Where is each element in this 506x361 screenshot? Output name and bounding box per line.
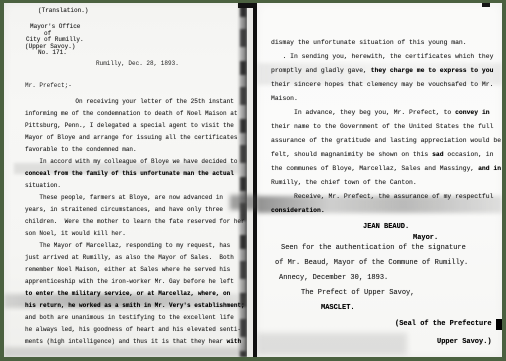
text-line: No. 171. [38, 49, 67, 56]
text-line: On receiving your letter of the 25th ins… [25, 96, 245, 108]
text-line: informing me of the condemnation to deat… [25, 108, 245, 120]
letter-page-left: (Translation.) Mayor's OfficeofCity of R… [4, 3, 247, 357]
text-line: son Noel, it would kill her. [25, 228, 245, 240]
letter-body-left: On receiving your letter of the 25th ins… [25, 96, 245, 348]
text-line: his return, he worked as a smith in Mr. … [25, 300, 245, 312]
text-line: remember Noel Maison, either at Sales wh… [25, 264, 245, 276]
text-line: Mayor. [413, 234, 438, 242]
text-line: The Mayor of Marcellaz, responding to my… [25, 240, 245, 252]
text-line: favorable to the condemned man. [25, 144, 245, 156]
text-line: (Seal of the Prefecture of [395, 320, 502, 328]
scan-smear [4, 347, 247, 357]
text-line: Seen for the authentication of the signa… [281, 244, 466, 252]
text-line: Receive, Mr. Prefect, the assurance of m… [271, 190, 501, 204]
text-line: dismay the unfortunate situation of this… [271, 36, 501, 50]
text-line: Mayor's Office [30, 23, 80, 30]
text-line: years, in straitened circumstances, and … [25, 204, 245, 216]
text-line: Maison. [271, 92, 501, 106]
text-line: children. Were the mother to learn the f… [25, 216, 245, 228]
scan-smear [257, 333, 407, 355]
salutation: Mr. Prefect;- [25, 82, 72, 89]
scan-artifact [482, 3, 490, 7]
text-line: . In sending you, herewith, the certific… [271, 50, 501, 64]
text-line: and both are unanimous in testifying to … [25, 312, 245, 324]
text-line: Upper Savoy.) [437, 338, 492, 346]
text-line: Rumilly, the chief town of the Canton. [271, 176, 501, 190]
text-line: assurance of the gratitude and lasting a… [271, 134, 501, 148]
text-line: ments (high intelligence) and thus it is… [25, 336, 245, 348]
letter-page-right: dismay the unfortunate situation of this… [257, 3, 502, 357]
text-line: apprenticeship with the iron-worker Mr. … [25, 276, 245, 288]
scan-artifact [238, 3, 259, 8]
dateline: Rumilly, Dec. 28, 1893. [96, 60, 179, 67]
translation-note: (Translation.) [38, 7, 88, 14]
text-line: situation. [25, 180, 245, 192]
text-line: Annecy, December 30, 1893. [279, 274, 388, 282]
text-line: to enter the military service, or at Mar… [25, 288, 245, 300]
text-line: of Mr. Beaud, Mayor of the Commune of Ru… [275, 259, 468, 267]
text-line: Mayor of Bloye and arrange for issuing a… [25, 132, 245, 144]
text-line: MASCLET. [321, 304, 355, 312]
text-line: their name to the Government of the Unit… [271, 120, 501, 134]
text-line: In accord with my colleague of Bloye we … [25, 156, 245, 168]
scanned-letter-document: (Translation.) Mayor's OfficeofCity of R… [0, 0, 506, 361]
text-line: The Prefect of Upper Savoy, [301, 289, 414, 297]
text-line: These people, farmers at Bloye, are now … [25, 192, 245, 204]
text-line: Pittsburg, Penn., I delegated a special … [25, 120, 245, 132]
text-line: consideration. [271, 204, 501, 218]
text-line: felt, should magnanimity be shown on thi… [271, 148, 501, 162]
text-line: he always led, his goodness of heart and… [25, 324, 245, 336]
text-line: just arrived at Rumilly, as also the May… [25, 252, 245, 264]
text-line: promptly and gladly gave, they charge me… [271, 64, 501, 78]
text-line: their sincere hopes that clemency may be… [271, 78, 501, 92]
text-line: conceal from the family of this unfortun… [25, 168, 245, 180]
letter-body-right: dismay the unfortunate situation of this… [271, 36, 501, 218]
text-line: JEAN BEAUD. [363, 223, 409, 231]
text-line: In advance, they beg you, Mr. Prefect, t… [271, 106, 501, 120]
text-line: the communes of Bloye, Marcellaz, Sales … [271, 162, 501, 176]
